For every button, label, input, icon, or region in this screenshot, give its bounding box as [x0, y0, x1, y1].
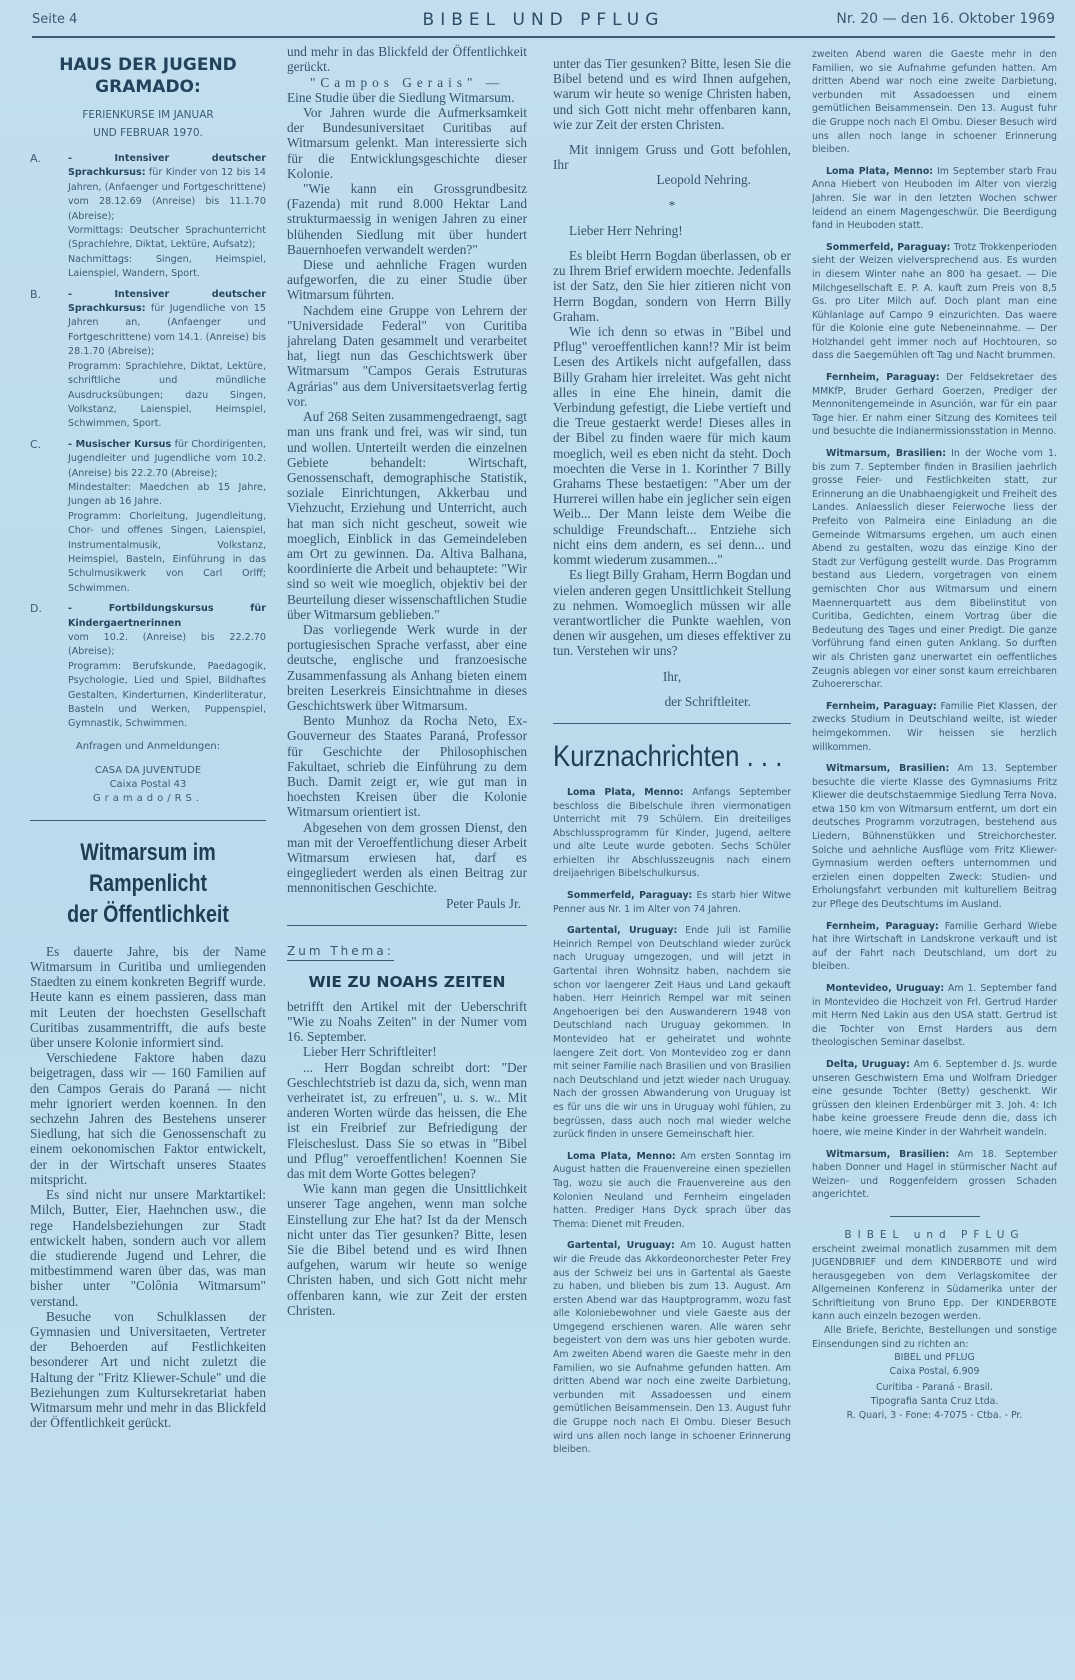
article-paragraph: Nachdem eine Gruppe von Lehrern der "Uni…: [287, 303, 527, 409]
course-d: D. - Fortbildungskursus für Kindergaertn…: [30, 602, 266, 732]
course-b: B. - Intensiver deutscher Sprachkursus: …: [30, 288, 266, 432]
article-paragraph: Besuche von Schulklassen der Gymnasien u…: [30, 1309, 266, 1431]
news-item: Witmarsum, Brasilien: In der Woche vom 1…: [812, 447, 1057, 692]
news-item: Gartental, Uruguay: Ende Juli ist Famili…: [553, 924, 791, 1142]
article-paragraph: Vor Jahren wurde die Aufmerksamkeit der …: [287, 105, 527, 181]
study-title: "Campos Gerais" —: [287, 75, 527, 90]
kurznachrichten-headline: Kurznachrichten . . .: [553, 740, 758, 774]
reply-paragraph: Wie ich denn so etwas in "Bibel und Pflu…: [553, 324, 791, 567]
section-kicker: Zum Thema:: [287, 944, 394, 961]
issue-date: Nr. 20 — den 16. Oktober 1969: [836, 11, 1055, 27]
column-1: HAUS DER JUGEND GRAMADO: FERIENKURSE IM …: [30, 52, 266, 1660]
news-item: Loma Plata, Menno: Am ersten Sonntag im …: [553, 1150, 791, 1232]
article-paragraph: Es dauerte Jahre, bis der Name Witmarsum…: [30, 944, 266, 1050]
news-item: Fernheim, Paraguay: Familie Piet Klassen…: [812, 700, 1057, 754]
news-item: Fernheim, Paraguay: Der Feldsekretaer de…: [812, 371, 1057, 439]
reply-paragraph: Es bleibt Herrn Bogdan überlassen, ob er…: [553, 248, 791, 324]
reply-salutation: Lieber Herr Nehring!: [553, 223, 791, 238]
haus-der-jugend-title: HAUS DER JUGEND GRAMADO:: [30, 54, 266, 98]
article-paragraph: Verschiedene Faktore haben dazu beigetra…: [30, 1050, 266, 1187]
news-item: Witmarsum, Brasilien: Am 18. September h…: [812, 1148, 1057, 1202]
news-item: Sommerfeld, Paraguay: Es starb hier Witw…: [553, 889, 791, 916]
letter-paragraph: ... Herr Bogdan schreibt dort: "Der Gesc…: [287, 1060, 527, 1182]
article-author: Peter Pauls Jr.: [287, 896, 527, 911]
article-paragraph: Abgesehen von dem grossen Dienst, den ma…: [287, 820, 527, 896]
news-item: Delta, Uruguay: Am 6. September d. Js. w…: [812, 1058, 1057, 1140]
news-item: Witmarsum, Brasilien: Am 13. September b…: [812, 762, 1057, 912]
news-item: Fernheim, Paraguay: Familie Gerhard Wieb…: [812, 920, 1057, 974]
news-item: Sommerfeld, Paraguay: Trotz Trokkenperio…: [812, 241, 1057, 363]
letter-signature: Leopold Nehring.: [553, 172, 791, 187]
article-paragraph: "Wie kann ein Grossgrundbesitz (Fazenda)…: [287, 181, 527, 257]
article-paragraph: Bento Munhoz da Rocha Neto, Ex-Gouverneu…: [287, 713, 527, 819]
course-name: - Musischer Kursus: [68, 439, 171, 450]
news-item: Loma Plata, Menno: Anfangs September bes…: [553, 786, 791, 881]
imprint-block: BIBEL und PFLUG erscheint zweimal monatl…: [812, 1229, 1057, 1422]
article-paragraph: Es sind nicht nur unsere Marktartikel: M…: [30, 1187, 266, 1309]
reply-signature: der Schriftleiter.: [553, 694, 791, 709]
reply-paragraph: Es liegt Billy Graham, Herrn Bogdan und …: [553, 567, 791, 658]
article-paragraph: Diese und aehnliche Fragen wurden aufgew…: [287, 257, 527, 303]
separator-star: *: [553, 198, 791, 213]
letter-intro: betrifft den Artikel mit der Ueberschrif…: [287, 999, 527, 1045]
column-4: zweiten Abend waren die Gaeste mehr in d…: [812, 48, 1057, 1660]
imprint-title: BIBEL und PFLUG: [812, 1229, 1057, 1243]
witmarsum-headline: Witmarsum im Rampenlicht der Öffentlichk…: [51, 837, 245, 930]
noah-headline: WIE ZU NOAHS ZEITEN: [287, 973, 527, 991]
contact-block: Anfragen und Anmeldungen: CASA DA JUVENT…: [30, 740, 266, 806]
news-item-continued: zweiten Abend waren die Gaeste mehr in d…: [812, 48, 1057, 157]
column-3: unter das Tier gesunken? Bitte, lesen Si…: [553, 56, 791, 1660]
divider: [553, 723, 791, 724]
news-item: Gartental, Uruguay: Am 10. August hatten…: [553, 1239, 791, 1457]
divider: [287, 925, 527, 926]
page-header: Seite 4 BIBEL UND PFLUG Nr. 20 — den 16.…: [32, 6, 1055, 38]
haus-der-jugend-subtitle: FERIENKURSE IM JANUAR UND FEBRUAR 1970.: [30, 106, 266, 142]
study-subtitle: Eine Studie über die Siedlung Witmarsum.: [287, 90, 527, 105]
news-item: Montevideo, Uruguay: Am 1. September fan…: [812, 982, 1057, 1050]
course-a: A. - Intensiver deutscher Sprachkursus: …: [30, 152, 266, 282]
course-name: - Fortbildungskursus für Kindergaertneri…: [68, 603, 266, 628]
article-paragraph: Auf 268 Seiten zusammengedraengt, sagt m…: [287, 409, 527, 622]
reply-closing: Ihr,: [553, 669, 791, 684]
column-2: Besuche von Schulklassen der Gymnasien u…: [287, 44, 527, 1660]
newspaper-page: Seite 4 BIBEL UND PFLUG Nr. 20 — den 16.…: [0, 0, 1075, 1680]
news-item: Loma Plata, Menno: Im September starb Fr…: [812, 165, 1057, 233]
letter-paragraph: Wie kann man gegen die Unsittlichkeit un…: [287, 1181, 527, 1318]
divider: [890, 1216, 980, 1217]
course-c: C. - Musischer Kursus für Chordirigenten…: [30, 438, 266, 596]
letter-salutation: Lieber Herr Schriftleiter!: [287, 1044, 527, 1059]
letter-closing: Mit innigem Gruss und Gott befohlen, Ihr: [553, 142, 791, 172]
divider: [30, 820, 266, 821]
letter-continued: unter das Tier gesunken? Bitte, lesen Si…: [553, 56, 791, 132]
article-paragraph-continued: Besuche von Schulklassen der Gymnasien u…: [287, 44, 527, 75]
article-paragraph: Das vorliegende Werk wurde in der portug…: [287, 622, 527, 713]
